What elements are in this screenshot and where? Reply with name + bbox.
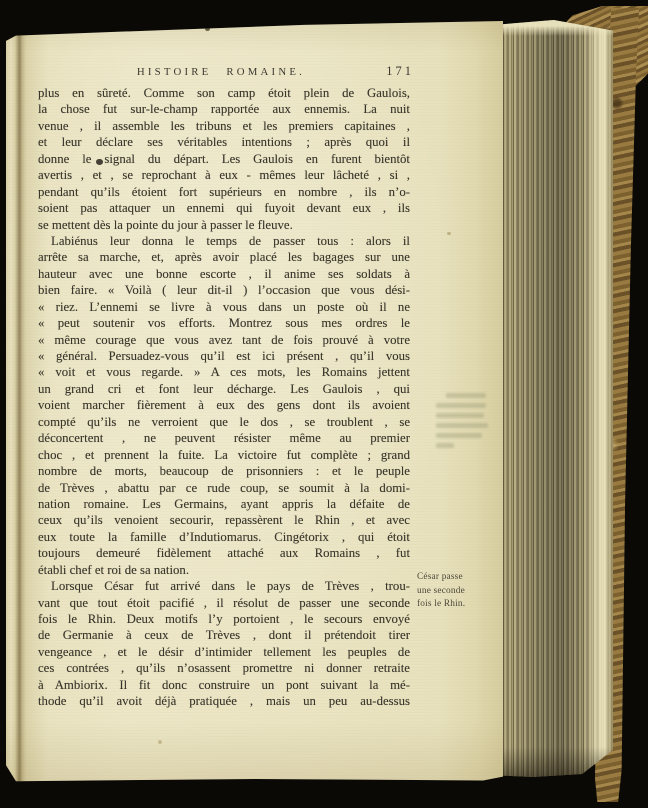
margin-note-line: une seconde <box>417 585 507 599</box>
body-text: plus en sûreté. Comme son camp étoit ple… <box>38 85 410 710</box>
foxing-spot <box>447 232 451 235</box>
text-line: arrête sa marche, et, après avoir placé … <box>38 249 410 265</box>
text-line: plus en sûreté. Comme son camp étoit ple… <box>38 85 410 101</box>
text-line: bien faire. « Voilà ( leur dit-il ) l’oc… <box>38 282 410 298</box>
text-line: choc , et prennent la fuite. La victoire… <box>38 447 410 463</box>
text-line: compté qu’ils ne verroient que le dos , … <box>38 414 410 430</box>
text-line: la chose fut sur-le-champ rapportée aux … <box>38 101 410 117</box>
text-line: donne le signal du départ. Les Gaulois e… <box>38 151 410 167</box>
page-header: HISTOIRE ROMAINE. 171 <box>38 64 414 80</box>
running-title: HISTOIRE ROMAINE. <box>137 66 305 78</box>
show-through-bar <box>436 433 482 438</box>
text-line: « voit et vous regarde. » A ces mots, le… <box>38 364 410 380</box>
show-through-bar <box>436 423 488 428</box>
margin-note: César passe une seconde fois le Rhin. <box>417 571 507 612</box>
margin-note-line: César passe <box>417 571 507 585</box>
show-through-bar <box>436 443 454 448</box>
text-line: vant que tout étoit pacifié , il résolut… <box>38 595 410 611</box>
show-through-bar <box>446 393 486 398</box>
text-line: ces contrées , qu’ils n’osassent promett… <box>38 660 410 676</box>
foxing-spot <box>158 740 162 744</box>
text-line: venue , il assemble les tribuns et les p… <box>38 118 410 134</box>
show-through-bar <box>436 413 484 418</box>
text-line: soient pas attaquer un ennemi qui fuyoit… <box>38 200 410 216</box>
book-page: HISTOIRE ROMAINE. 171 plus en sûreté. Co… <box>6 18 503 782</box>
text-line: Labiénus leur donna le temps de passer t… <box>38 233 410 249</box>
text-line: de Germanie à ceux de Trèves , dont il p… <box>38 627 410 643</box>
text-line: un grand cri et font leur décharge. Les … <box>38 381 410 397</box>
gutter-crease <box>15 18 25 782</box>
text-line: vengeance , et le désir d’intimider tell… <box>38 644 410 660</box>
text-line: « général. Persuadez-vous qu’il est ici … <box>38 348 410 364</box>
text-line: fois le Rhin. Deux motifs l’y portoient … <box>38 611 410 627</box>
text-line: voient marcher fièrement à eux des gens … <box>38 397 410 413</box>
show-through-marks <box>436 393 494 453</box>
text-line: thode qu’il avoit déjà pratiquée , mais … <box>38 693 410 709</box>
text-line: nation romaine. Les Germains, ayant appr… <box>38 496 410 512</box>
text-line: « même courage que vous avez tant de foi… <box>38 332 410 348</box>
text-line: toujours demeuré fidèlement attaché aux … <box>38 545 410 561</box>
page-number: 171 <box>386 64 414 79</box>
text-line: se mettent dès la pointe du jour à passe… <box>38 217 410 233</box>
text-line: déconcertent , ne peuvent résister même … <box>38 430 410 446</box>
text-line: à Ambiorix. Il fit donc construire un po… <box>38 677 410 693</box>
text-line: nombre de morts, beaucoup de prisonniers… <box>38 463 410 479</box>
text-line: « riez. L’ennemi se livre à vous dans un… <box>38 299 410 315</box>
show-through-bar <box>436 403 486 408</box>
text-line: « peut soutenir vos efforts. Montrez sou… <box>38 315 410 331</box>
text-line: et leur déclare ses véritables intention… <box>38 134 410 150</box>
text-line: pendant qu’ils étoient fort supérieurs e… <box>38 184 410 200</box>
margin-note-line: fois le Rhin. <box>417 598 507 612</box>
text-line: établi chef et roi de sa nation. <box>38 562 410 578</box>
fore-edge-page-stack <box>499 20 613 777</box>
text-line: de Trèves , abattu par ce rude coup, se … <box>38 480 410 496</box>
text-line: avertis , et , se reprochant à eux - mêm… <box>38 167 410 183</box>
book-scan: HISTOIRE ROMAINE. 171 plus en sûreté. Co… <box>0 0 648 808</box>
text-line: ceux qu’ils venoient secourir, repassère… <box>38 512 410 528</box>
foxing-spot <box>205 27 210 31</box>
text-line: hauteur avec une bonne escorte , il anim… <box>38 266 410 282</box>
text-line: Lorsque César fut arrivé dans le pays de… <box>38 578 410 594</box>
text-line: eux toute la famille d’Indutiomarus. Cin… <box>38 529 410 545</box>
